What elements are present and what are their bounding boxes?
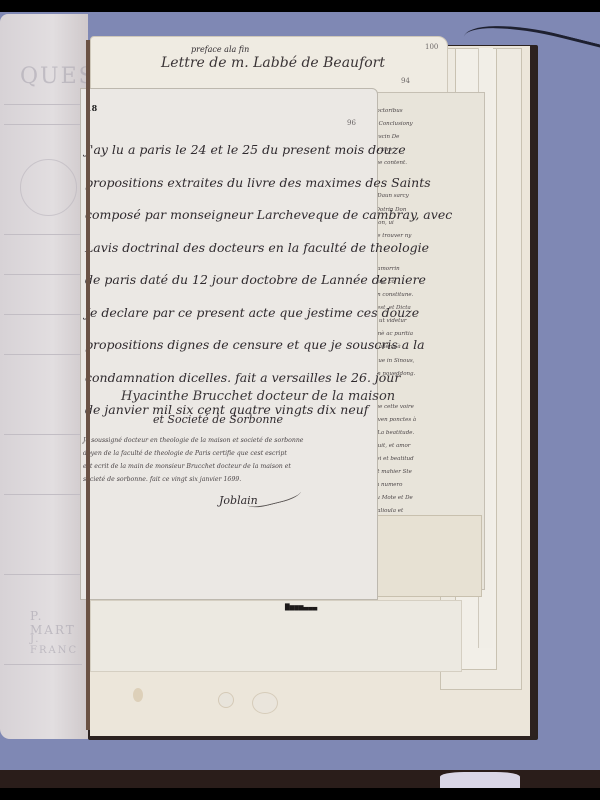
ghost-line [4,124,82,125]
letter-line: propositions extraites du livre des maxi… [85,167,452,200]
attestation-line: est ecrit de la main de monsieur Brucche… [83,460,303,473]
note-line: i. La beatitude. [372,427,421,440]
letter-line: propositions dignes de censure et que je… [85,329,452,362]
attestation-flourish [245,483,302,511]
note-line: Doctoribus [372,105,421,118]
attestation-line: doyen de la faculté de theologie de Pari… [83,447,303,460]
bottom-letterbox [0,788,600,800]
lower-leaf [90,600,462,672]
stain [252,692,278,714]
bottom-stamp: █▆▆▆▄▄▄ [285,604,317,611]
ghost-line [4,234,82,235]
ghost-line [4,494,82,495]
left-page: QUEST P. MART J. FRANC [0,14,88,739]
ghost-line [4,354,82,355]
letter-body: J'ay lu a paris le 24 et le 25 du presen… [85,134,452,427]
note-line: & Conclusiony [372,118,421,131]
signature-line-1: Hyacinthe Brucchet docteur de la maison [121,389,395,404]
attestation-line: societé de sorbonne. fait ce vingt six j… [83,473,303,486]
attestation-line: Je soussigné docteur en theologie de la … [83,434,303,447]
ghost-line [4,434,82,435]
letter-line: composé par monseigneur Larcheveque de c… [85,199,452,232]
note-line: Du Mote et De [372,492,421,505]
document-title: Lettre de m. Labbé de Beaufort [161,55,385,71]
ghost-line [4,314,82,315]
page-number-inner: 94 [401,77,410,85]
ghost-line [4,274,82,275]
note-line: thuit, et amor [372,440,421,453]
note-line: t à numero [372,479,421,492]
letter-line: Je declare par ce present acte que jesti… [85,297,452,330]
book-gutter [86,40,90,730]
stain [133,688,143,702]
top-letterbox [0,0,600,12]
left-page-bottom-line-2: J. FRANC [30,634,88,656]
note-line: Dei et beatitud [372,453,421,466]
white-cloth [440,772,520,788]
letter-line: de paris daté du 12 jour doctobre de Lan… [85,264,452,297]
folio-number: 96 [347,119,356,127]
stain [218,692,234,708]
ghost-line [4,104,82,105]
ghost-line [4,664,82,665]
left-page-bottom-line-1: P. MART [30,609,88,637]
left-page-seal-ghost [20,159,77,216]
attestation: Je soussigné docteur en theologie de la … [83,434,303,486]
interlinear-note: preface ala fin [191,45,249,54]
letter-insert: 18 96 J'ay lu a paris le 24 et le 25 du … [80,88,378,600]
signature-line-2: et Societé de Sorbonne [153,413,283,426]
note-line: ilit mahier Ste [372,466,421,479]
letter-line: J'ay lu a paris le 24 et le 25 du presen… [85,134,452,167]
ghost-line [4,574,82,575]
letter-line: Lavis doctrinal des docteurs en la facul… [85,232,452,265]
page-number-top: 100 [425,43,438,51]
